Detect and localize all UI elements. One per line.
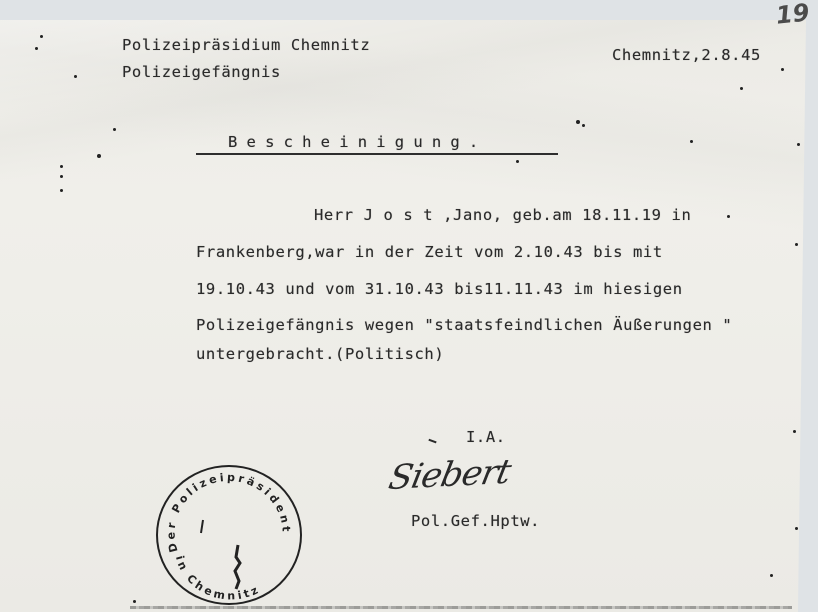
scan-speck: [60, 189, 63, 192]
scanned-document: 19 Polizeipräsidium Chemnitz Polizeigefä…: [0, 0, 818, 612]
body-line-2: Frankenberg,war in der Zeit vom 2.10.43 …: [196, 243, 663, 261]
body-line-1: Herr J o s t ,Jano, geb.am 18.11.19 in: [314, 206, 691, 224]
stamp-top-text: Der Polizeipräsident: [165, 471, 293, 554]
scan-speck: [795, 243, 798, 246]
page-number: 19: [775, 0, 811, 30]
body-line-4: Polizeigefängnis wegen "staatsfeindliche…: [196, 316, 732, 334]
scan-speck: [40, 35, 43, 38]
scan-speck: [690, 140, 693, 143]
scan-speck: [97, 154, 101, 158]
scan-speck: [727, 215, 730, 218]
header-department: Polizeigefängnis: [122, 63, 281, 81]
stamp-bottom-text: in Chemnitz: [173, 554, 263, 602]
svg-text:Der Polizeipräsident: Der Polizeipräsident: [165, 471, 293, 554]
signatory-role: Pol.Gef.Hptw.: [411, 512, 540, 530]
stamp-text-icon: Der Polizeipräsident in Chemnitz: [156, 465, 302, 605]
scan-speck: [60, 175, 63, 178]
scan-speck: [797, 143, 800, 146]
scan-speck: [576, 120, 580, 124]
title-underline: [196, 153, 558, 155]
scan-speck: [795, 527, 798, 530]
scan-speck: [516, 160, 519, 163]
on-behalf-label: I.A.: [466, 428, 506, 446]
svg-text:in Chemnitz: in Chemnitz: [173, 554, 263, 602]
scan-speck: [770, 574, 773, 577]
scan-speck: [582, 124, 585, 127]
place-and-date: Chemnitz,2.8.45: [612, 46, 761, 64]
official-stamp: Der Polizeipräsident in Chemnitz: [156, 465, 302, 605]
scan-speck: [74, 75, 77, 78]
header-organization: Polizeipräsidium Chemnitz: [122, 36, 370, 54]
scan-speck: [781, 68, 784, 71]
scan-speck: [60, 165, 63, 168]
body-line-3: 19.10.43 und vom 31.10.43 bis11.11.43 im…: [196, 280, 683, 298]
scan-speck: [793, 430, 796, 433]
body-line-5: untergebracht.(Politisch): [196, 345, 444, 363]
scan-speck: [35, 47, 38, 50]
document-title: Bescheinigung.: [228, 133, 487, 151]
handwritten-signature: Siebert: [385, 452, 513, 498]
scan-speck: [133, 600, 136, 603]
scan-speck: [113, 128, 116, 131]
paper-bottom-edge: [130, 606, 792, 609]
scan-speck: [740, 87, 743, 90]
